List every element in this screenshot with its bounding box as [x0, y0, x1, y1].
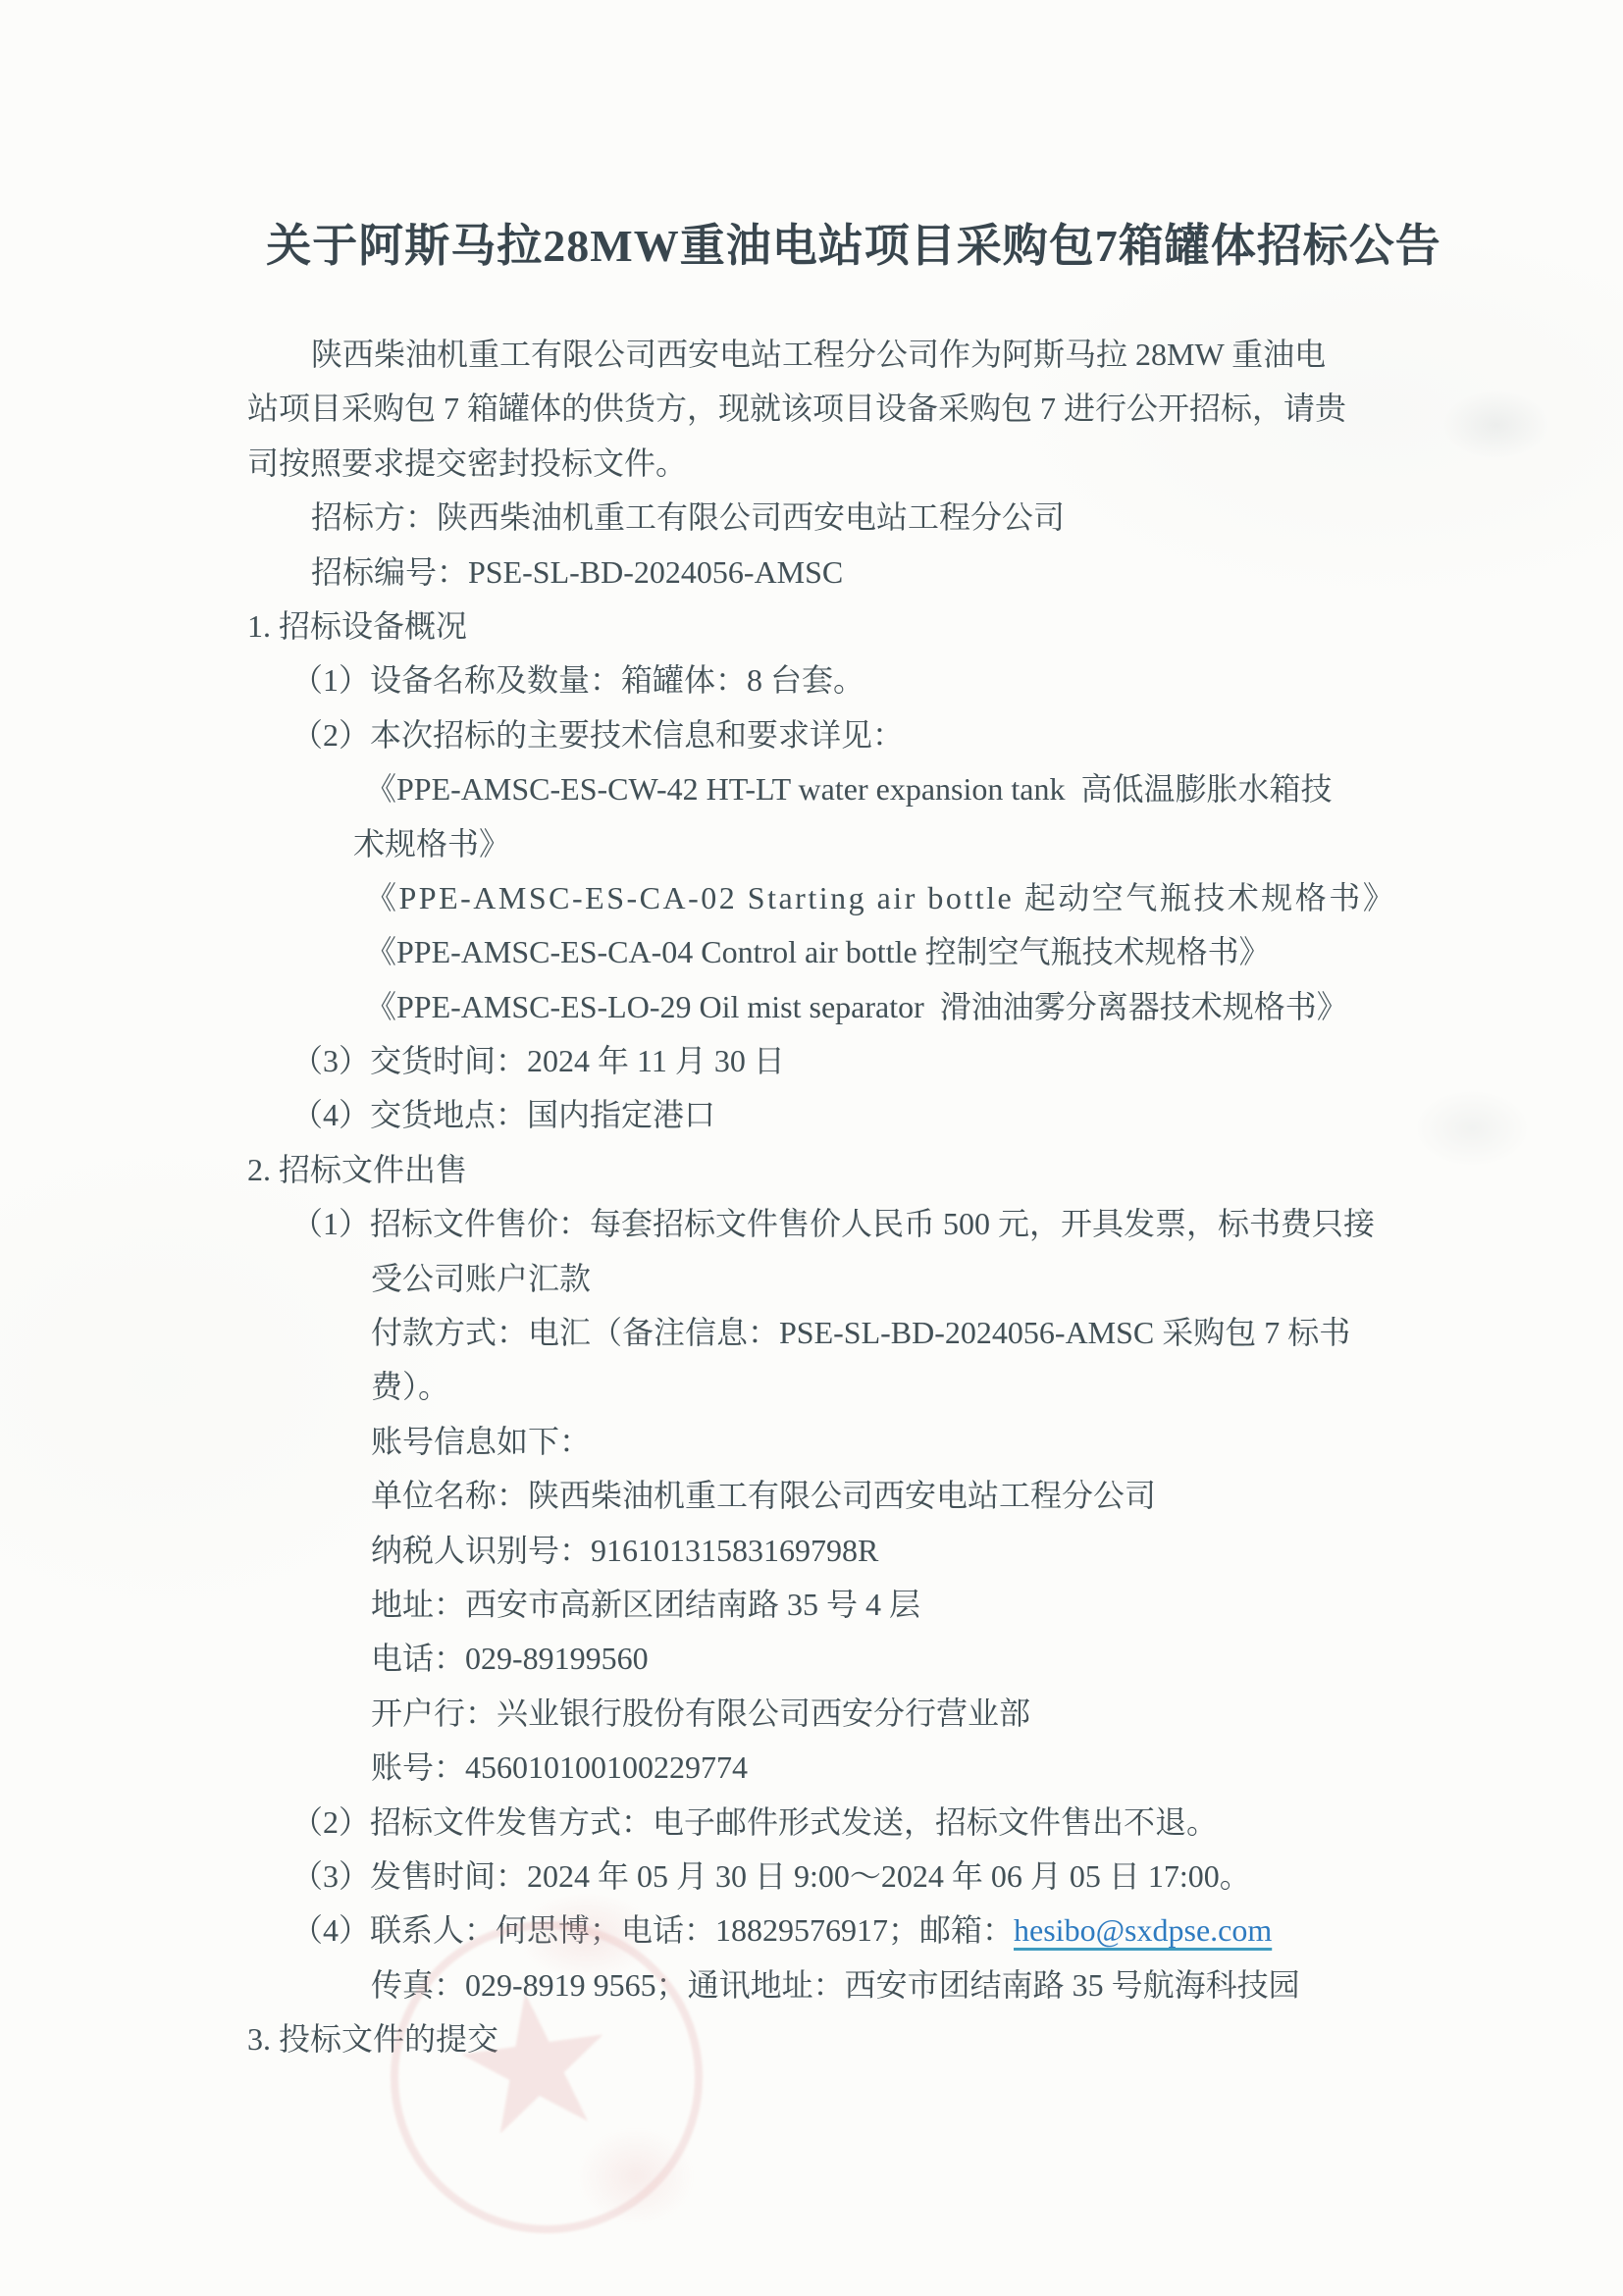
account-info-line: 开户行：兴业银行股份有限公司西安分行营业部 [247, 1687, 1435, 1741]
account-info-line: 电话：029-89199560 [247, 1632, 1435, 1686]
payment-method-line: 费）。 [247, 1360, 1435, 1414]
payment-method-line: 付款方式：电汇（备注信息：PSE-SL-BD-2024056-AMSC 采购包 … [247, 1306, 1435, 1360]
paragraph-line: 站项目采购包 7 箱罐体的供货方，现就该项目设备采购包 7 进行公开招标，请贵 [247, 382, 1435, 436]
seal-ink-smudge [577, 2127, 695, 2225]
spec-book-line: 《PPE-AMSC-ES-CA-04 Control air bottle 控制… [247, 925, 1435, 979]
scanned-document-page: 关于阿斯马拉28MW重油电站项目采购包7箱罐体招标公告 陕西柴油机重工有限公司西… [0, 0, 1623, 2296]
list-item-continuation: 受公司账户汇款 [247, 1252, 1435, 1306]
list-item: （4）交货地点：国内指定港口 [247, 1088, 1435, 1142]
tenderer-line: 招标方：陕西柴油机重工有限公司西安电站工程分公司 [247, 491, 1435, 545]
section-1-heading: 1. 招标设备概况 [247, 600, 1435, 653]
list-item: （1）招标文件售价：每套招标文件售价人民币 500 元，开具发票，标书费只接 [247, 1197, 1435, 1251]
document-body: 陕西柴油机重工有限公司西安电站工程分公司作为阿斯马拉 28MW 重油电 站项目采… [247, 328, 1435, 2067]
contact-prefix: （4）联系人：何思博；电话：18829576917；邮箱： [291, 1912, 1014, 1948]
spec-book-line: 《PPE-AMSC-ES-CA-02 Starting air bottle 起… [247, 871, 1435, 925]
fax-address-line: 传真：029-8919 9565；通讯地址：西安市团结南路 35 号航海科技园 [247, 1958, 1435, 2012]
account-info-line: 账号：456010100100229774 [247, 1741, 1435, 1795]
account-info-line: 地址：西安市高新区团结南路 35 号 4 层 [247, 1578, 1435, 1632]
list-item: （2）本次招标的主要技术信息和要求详见： [247, 708, 1435, 762]
spec-book-line: 《PPE-AMSC-ES-LO-29 Oil mist separator 滑油… [247, 980, 1435, 1034]
spec-book-line: 《PPE-AMSC-ES-CW-42 HT-LT water expansion… [247, 762, 1435, 816]
contact-line: （4）联系人：何思博；电话：18829576917；邮箱：hesibo@sxdp… [247, 1904, 1435, 1957]
paragraph-line: 陕西柴油机重工有限公司西安电站工程分公司作为阿斯马拉 28MW 重油电 [247, 328, 1435, 382]
document-title: 关于阿斯马拉28MW重油电站项目采购包7箱罐体招标公告 [0, 210, 1623, 275]
account-info-line: 单位名称：陕西柴油机重工有限公司西安电站工程分公司 [247, 1469, 1435, 1523]
scan-smudge [1442, 391, 1550, 459]
spec-book-line: 术规格书》 [247, 817, 1435, 871]
paragraph-line: 司按照要求提交密封投标文件。 [247, 437, 1435, 491]
list-item: （3）交货时间：2024 年 11 月 30 日 [247, 1034, 1435, 1088]
section-3-heading: 3. 投标文件的提交 [247, 2012, 1435, 2066]
list-item: （1）设备名称及数量：箱罐体：8 台套。 [247, 653, 1435, 707]
account-info-line: 账号信息如下： [247, 1415, 1435, 1469]
list-item: （3）发售时间：2024 年 05 月 30 日 9:00～2024 年 06 … [247, 1850, 1435, 1904]
list-item: （2）招标文件发售方式：电子邮件形式发送，招标文件售出不退。 [247, 1796, 1435, 1850]
email-link[interactable]: hesibo@sxdpse.com [1014, 1912, 1272, 1948]
section-2-heading: 2. 招标文件出售 [247, 1143, 1435, 1197]
tender-number-line: 招标编号：PSE-SL-BD-2024056-AMSC [247, 546, 1435, 600]
account-info-line: 纳税人识别号：91610131583169798R [247, 1524, 1435, 1578]
